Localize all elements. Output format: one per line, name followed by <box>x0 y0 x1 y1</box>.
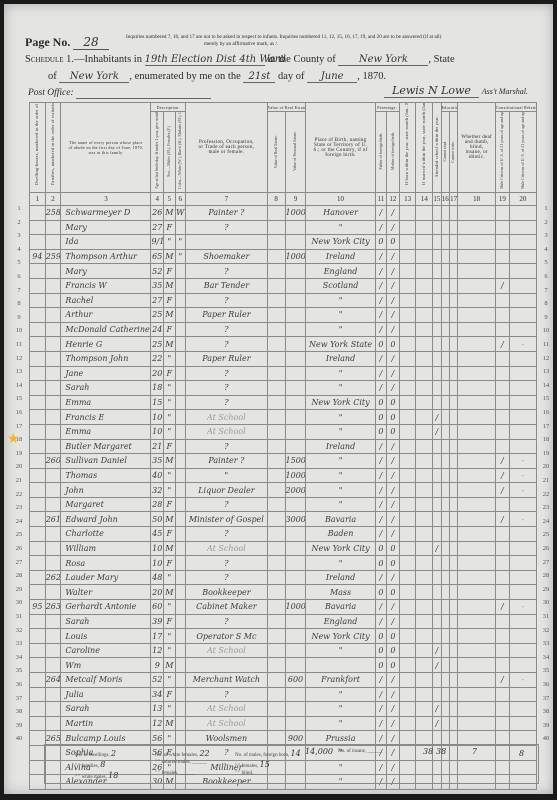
born-in-year <box>399 308 416 323</box>
age: 10 <box>151 424 164 439</box>
occupation: At School <box>186 643 268 658</box>
married-in-year <box>416 439 433 454</box>
vote-denied <box>509 687 536 702</box>
table-row: 258Schwarmeyer D26MWPainter ?1000Hanover… <box>30 206 537 221</box>
dwelling-number <box>30 702 46 717</box>
age: 12 <box>151 643 164 658</box>
attended-school <box>433 629 441 644</box>
cannot-read <box>441 424 449 439</box>
schedule-line: Schedule 1.—Inhabitants in 19th Election… <box>25 54 455 66</box>
line-number: 18 <box>539 436 553 443</box>
real-estate-value <box>267 585 285 600</box>
day-value: 21st <box>243 71 275 83</box>
table-row: 264Metcalf Moris52"Merchant Watch600Fran… <box>30 673 537 688</box>
real-estate-value <box>267 614 285 629</box>
attended-school <box>433 687 441 702</box>
person-name: Edward John <box>61 512 151 527</box>
person-name: Francis E <box>61 410 151 425</box>
family-number <box>45 395 61 410</box>
birthplace: " <box>306 702 375 717</box>
family-number: 263 <box>45 600 61 615</box>
color <box>175 278 186 293</box>
table-row: Jane20F?"// <box>30 366 537 381</box>
occupation: Bookkeeper <box>186 585 268 600</box>
father-foreign: / <box>375 454 387 469</box>
schedule-text: 1.—Inhabitants in <box>66 54 142 65</box>
married-in-year <box>416 512 433 527</box>
personal-estate-value: 2000 <box>285 483 306 498</box>
birthplace: " <box>306 220 375 235</box>
father-foreign: / <box>375 687 387 702</box>
male-citizen <box>496 658 510 673</box>
deaf-blind-insane <box>458 249 496 264</box>
personal-estate-value <box>285 278 306 293</box>
column-number-row: 1 2 3 4 5 6 7 8 9 10 11 12 13 14 15 16 1… <box>30 193 537 206</box>
col-18-header: Whether deaf and dumb, blind, insane, or… <box>458 103 496 193</box>
dwelling-number <box>30 337 46 352</box>
dwelling-number <box>30 745 46 760</box>
born-in-year <box>399 206 416 221</box>
mother-foreign: 0 <box>387 337 400 352</box>
person-name: Emma <box>61 395 151 410</box>
col-15-header: Attended school within the year. <box>433 103 441 193</box>
vote-denied <box>509 497 536 512</box>
personal-estate-value <box>285 308 306 323</box>
father-foreign: / <box>375 220 387 235</box>
occupation: At School <box>186 541 268 556</box>
deaf-blind-insane <box>458 527 496 542</box>
vote-denied: - <box>509 468 536 483</box>
real-estate-value <box>267 249 285 264</box>
col-19-header: Male Citizens of U. S. of 21 years of ag… <box>496 112 510 193</box>
personal-estate-value <box>285 497 306 512</box>
married-in-year <box>416 249 433 264</box>
male-citizen <box>496 424 510 439</box>
attended-school: / <box>433 424 441 439</box>
page-number-value: 28 <box>73 35 108 50</box>
cannot-write <box>449 629 457 644</box>
deaf-blind-insane <box>458 614 496 629</box>
state-label: , State <box>428 54 454 65</box>
born-in-year <box>399 643 416 658</box>
married-in-year <box>416 585 433 600</box>
person-name: Thomas <box>61 468 151 483</box>
birthplace: " <box>306 454 375 469</box>
line-number: 13 <box>12 368 26 375</box>
col-number: 2 <box>45 193 61 206</box>
age: 28 <box>151 497 164 512</box>
married-in-year <box>416 658 433 673</box>
constitutional-group-header: Constitutional Relations. <box>496 103 537 112</box>
person-name: Henrie G <box>61 337 151 352</box>
male-citizen <box>496 293 510 308</box>
occupation: " <box>186 468 268 483</box>
cannot-read <box>441 643 449 658</box>
cannot-read <box>441 483 449 498</box>
table-row: Louis17"Operator S McNew York City00 <box>30 629 537 644</box>
birthplace: New York State <box>306 337 375 352</box>
table-row: 262Lauder Mary48"?Ireland// <box>30 570 537 585</box>
dwelling-number <box>30 673 46 688</box>
col-7-header: Profession, Occupation, or Trade of each… <box>186 103 268 193</box>
color: W <box>175 206 186 221</box>
birthplace: New York City <box>306 541 375 556</box>
occupation: At School <box>186 702 268 717</box>
sex: M <box>164 278 176 293</box>
dwelling-number <box>30 556 46 571</box>
real-estate-value <box>267 512 285 527</box>
age: 27 <box>151 293 164 308</box>
sex: " <box>164 424 176 439</box>
born-in-year <box>399 220 416 235</box>
occupation: ? <box>186 687 268 702</box>
birthplace: " <box>306 556 375 571</box>
personal-estate-value <box>285 264 306 279</box>
father-foreign: / <box>375 206 387 221</box>
born-in-year <box>399 541 416 556</box>
line-number: 36 <box>12 681 26 688</box>
sex: " <box>164 483 176 498</box>
cannot-read <box>441 308 449 323</box>
cannot-write <box>449 322 457 337</box>
age: 32 <box>151 483 164 498</box>
color <box>175 541 186 556</box>
deaf-blind-insane <box>458 497 496 512</box>
real-estate-value <box>267 278 285 293</box>
table-row: Mary52F?England// <box>30 264 537 279</box>
vote-denied <box>509 424 536 439</box>
line-number: 10 <box>12 327 26 334</box>
deaf-blind-insane <box>458 337 496 352</box>
deaf-blind-insane <box>458 206 496 221</box>
family-number <box>45 439 61 454</box>
deaf-blind-insane <box>458 570 496 585</box>
born-in-year <box>399 322 416 337</box>
col-11-header: Father of foreign birth. <box>375 112 387 193</box>
father-foreign: / <box>375 293 387 308</box>
col-number: 6 <box>175 193 186 206</box>
family-number <box>45 235 61 250</box>
cannot-write <box>449 600 457 615</box>
cannot-read <box>441 395 449 410</box>
colored-males-count: " " colored males, ______ <box>155 760 207 765</box>
line-number: 34 <box>12 654 26 661</box>
father-foreign: / <box>375 570 387 585</box>
married-in-year <box>416 454 433 469</box>
person-name: Sullivan Daniel <box>61 454 151 469</box>
col-8-header: Value of Real Estate. <box>267 112 285 193</box>
sex: M <box>164 337 176 352</box>
age: 35 <box>151 454 164 469</box>
attended-school <box>433 497 441 512</box>
married-in-year <box>416 497 433 512</box>
sex: " <box>164 600 176 615</box>
age: 27 <box>151 220 164 235</box>
line-number: 38 <box>12 708 26 715</box>
dwelling-number <box>30 395 46 410</box>
col-number: 4 <box>151 193 164 206</box>
deaf-blind-insane <box>458 556 496 571</box>
father-foreign-total: 38 <box>423 747 433 756</box>
deaf-blind-insane <box>458 468 496 483</box>
personal-estate-value <box>285 235 306 250</box>
real-estate-value <box>267 570 285 585</box>
married-in-year <box>416 220 433 235</box>
personal-estate-value <box>285 570 306 585</box>
post-office-line: Post Office: <box>28 88 211 99</box>
vote-denied <box>509 658 536 673</box>
line-number: 21 <box>539 477 553 484</box>
table-row: Emma10"At School"00/ <box>30 424 537 439</box>
sex: M <box>164 512 176 527</box>
sex: M <box>164 249 176 264</box>
sex: " <box>164 629 176 644</box>
color <box>175 410 186 425</box>
line-number: 24 <box>539 518 553 525</box>
family-number <box>45 410 61 425</box>
attended-school: / <box>433 658 441 673</box>
age: 17 <box>151 629 164 644</box>
vote-denied <box>509 410 536 425</box>
birthplace: Bavaria <box>306 512 375 527</box>
table-row: Wm9M00/ <box>30 658 537 673</box>
cannot-read <box>441 614 449 629</box>
color <box>175 673 186 688</box>
dwelling-number <box>30 220 46 235</box>
personal-estate-value <box>285 395 306 410</box>
table-row: Arthur25MPaper Ruler"// <box>30 308 537 323</box>
families-count: " " families, 8 <box>75 760 105 769</box>
father-foreign: 0 <box>375 424 387 439</box>
cannot-write <box>449 381 457 396</box>
birthplace: " <box>306 716 375 731</box>
line-number: 1 <box>12 205 26 212</box>
school-total: 7 <box>472 747 477 756</box>
father-foreign: / <box>375 278 387 293</box>
sex: " <box>164 235 176 250</box>
cannot-write <box>449 206 457 221</box>
male-citizen <box>496 614 510 629</box>
male-citizen <box>496 497 510 512</box>
occupation: ? <box>186 366 268 381</box>
line-number: 7 <box>539 287 553 294</box>
personal-estate-value <box>285 527 306 542</box>
family-number <box>45 424 61 439</box>
occupation: ? <box>186 381 268 396</box>
born-in-year <box>399 556 416 571</box>
dwelling-number <box>30 585 46 600</box>
family-number <box>45 322 61 337</box>
born-in-year <box>399 614 416 629</box>
table-row: Sarah13"At School"/// <box>30 702 537 717</box>
cannot-write <box>449 497 457 512</box>
table-row: Emma15"?New York City00 <box>30 395 537 410</box>
personal-estate-value <box>285 687 306 702</box>
color <box>175 366 186 381</box>
col-16-header: Cannot read. <box>441 112 449 193</box>
line-number: 7 <box>12 287 26 294</box>
sex: M <box>164 716 176 731</box>
male-citizen <box>496 249 510 264</box>
cannot-read <box>441 235 449 250</box>
birthplace: " <box>306 483 375 498</box>
attended-school <box>433 512 441 527</box>
col-6-header: Color.—White (W.), Black (B.), Mulatto (… <box>175 112 186 193</box>
personal-estate-value <box>285 585 306 600</box>
family-number <box>45 497 61 512</box>
person-name: Sarah <box>61 614 151 629</box>
col-9-header: Value of Personal Estate. <box>285 112 306 193</box>
marshal-signature-line: Lewis N Lowe Ass't Marshal. <box>384 84 528 98</box>
line-number: 8 <box>539 300 553 307</box>
vote-denied <box>509 439 536 454</box>
real-estate-value <box>267 658 285 673</box>
table-row: Charlotte45F?Baden// <box>30 527 537 542</box>
deaf-blind-insane <box>458 483 496 498</box>
real-estate-value <box>267 264 285 279</box>
birthplace: " <box>306 687 375 702</box>
married-in-year <box>416 410 433 425</box>
vote-denied: - <box>509 512 536 527</box>
age: 18 <box>151 381 164 396</box>
state-value: New York <box>59 71 129 83</box>
deaf-blind-insane <box>458 366 496 381</box>
cannot-read <box>441 585 449 600</box>
occupation: ? <box>186 556 268 571</box>
white-females-count: No. of white females, 22 <box>155 749 210 758</box>
married-in-year <box>416 614 433 629</box>
sex: M <box>164 658 176 673</box>
born-in-year <box>399 483 416 498</box>
married-in-year <box>416 468 433 483</box>
vote-denied: - <box>509 600 536 615</box>
cannot-write <box>449 541 457 556</box>
line-number: 27 <box>12 559 26 566</box>
star-icon[interactable]: ★ <box>7 431 20 448</box>
line-number: 31 <box>12 613 26 620</box>
person-name: Thompson Arthur <box>61 249 151 264</box>
born-in-year <box>399 395 416 410</box>
line-number: 10 <box>539 327 553 334</box>
vote-denied <box>509 293 536 308</box>
vote-denied <box>509 614 536 629</box>
male-citizen <box>496 629 510 644</box>
vote-denied <box>509 702 536 717</box>
vote-denied <box>509 395 536 410</box>
attended-school <box>433 322 441 337</box>
dwelling-number <box>30 687 46 702</box>
line-number: 23 <box>12 504 26 511</box>
occupation: ? <box>186 337 268 352</box>
cannot-read <box>441 439 449 454</box>
real-estate-value <box>267 293 285 308</box>
family-number <box>45 716 61 731</box>
attended-school: / <box>433 410 441 425</box>
mother-foreign: / <box>387 497 400 512</box>
person-name: Rachel <box>61 293 151 308</box>
cannot-write <box>449 468 457 483</box>
col-number: 10 <box>306 193 375 206</box>
real-estate-value <box>267 235 285 250</box>
cannot-write <box>449 556 457 571</box>
dwelling-number <box>30 278 46 293</box>
dwelling-number <box>30 351 46 366</box>
line-number: 35 <box>539 667 553 674</box>
age: 48 <box>151 570 164 585</box>
male-citizen <box>496 410 510 425</box>
male-citizen: / <box>496 600 510 615</box>
dwelling-number <box>30 541 46 556</box>
born-in-year <box>399 439 416 454</box>
col-10-header: Place of Birth, naming State or Territor… <box>306 103 375 193</box>
sex: F <box>164 527 176 542</box>
married-in-year <box>416 424 433 439</box>
birthplace: England <box>306 614 375 629</box>
line-number: 26 <box>539 545 553 552</box>
line-number: 40 <box>539 735 553 742</box>
age: 20 <box>151 585 164 600</box>
married-in-year <box>416 556 433 571</box>
married-in-year <box>416 322 433 337</box>
dwelling-number <box>30 512 46 527</box>
parentage-group-header: Parentage. <box>375 103 399 112</box>
father-foreign: / <box>375 381 387 396</box>
birthplace: Ireland <box>306 570 375 585</box>
father-foreign: 0 <box>375 556 387 571</box>
born-in-year <box>399 702 416 717</box>
married-in-year <box>416 206 433 221</box>
personal-estate-value: 3000 <box>285 512 306 527</box>
foreign-males-count: No. of males, foreign born, 14 <box>235 749 301 758</box>
vote-denied <box>509 235 536 250</box>
real-estate-value <box>267 381 285 396</box>
real-estate-value <box>267 716 285 731</box>
page-summary: No. of dwellings, 2 " " families, 8 " " … <box>44 744 539 784</box>
table-row: Francis W35MBar TenderScotland/// <box>30 278 537 293</box>
county-label: in the County of <box>267 54 336 65</box>
cannot-read <box>441 673 449 688</box>
male-citizen <box>496 702 510 717</box>
occupation: Merchant Watch <box>186 673 268 688</box>
mother-foreign: 0 <box>387 556 400 571</box>
male-citizen <box>496 351 510 366</box>
table-row: Julia34F?"// <box>30 687 537 702</box>
table-row: 94259Thompson Arthur65M"Shoemaker1000Ire… <box>30 249 537 264</box>
cannot-read <box>441 206 449 221</box>
personal-estate-value <box>285 337 306 352</box>
born-in-year <box>399 716 416 731</box>
mother-foreign: / <box>387 454 400 469</box>
year-value: , 1870. <box>357 71 386 82</box>
table-row: Thompson John22"Paper RulerIreland// <box>30 351 537 366</box>
father-foreign: 0 <box>375 410 387 425</box>
deaf-blind-insane <box>458 395 496 410</box>
col-number: 12 <box>387 193 400 206</box>
sex: M <box>164 454 176 469</box>
married-in-year <box>416 570 433 585</box>
cannot-read <box>441 322 449 337</box>
dwelling-number <box>30 424 46 439</box>
col-number: 5 <box>164 193 176 206</box>
sex: " <box>164 673 176 688</box>
sex: M <box>164 308 176 323</box>
line-number: 2 <box>539 219 553 226</box>
born-in-year <box>399 570 416 585</box>
color <box>175 556 186 571</box>
father-foreign: 0 <box>375 235 387 250</box>
dwelling-number <box>30 206 46 221</box>
family-number <box>45 351 61 366</box>
